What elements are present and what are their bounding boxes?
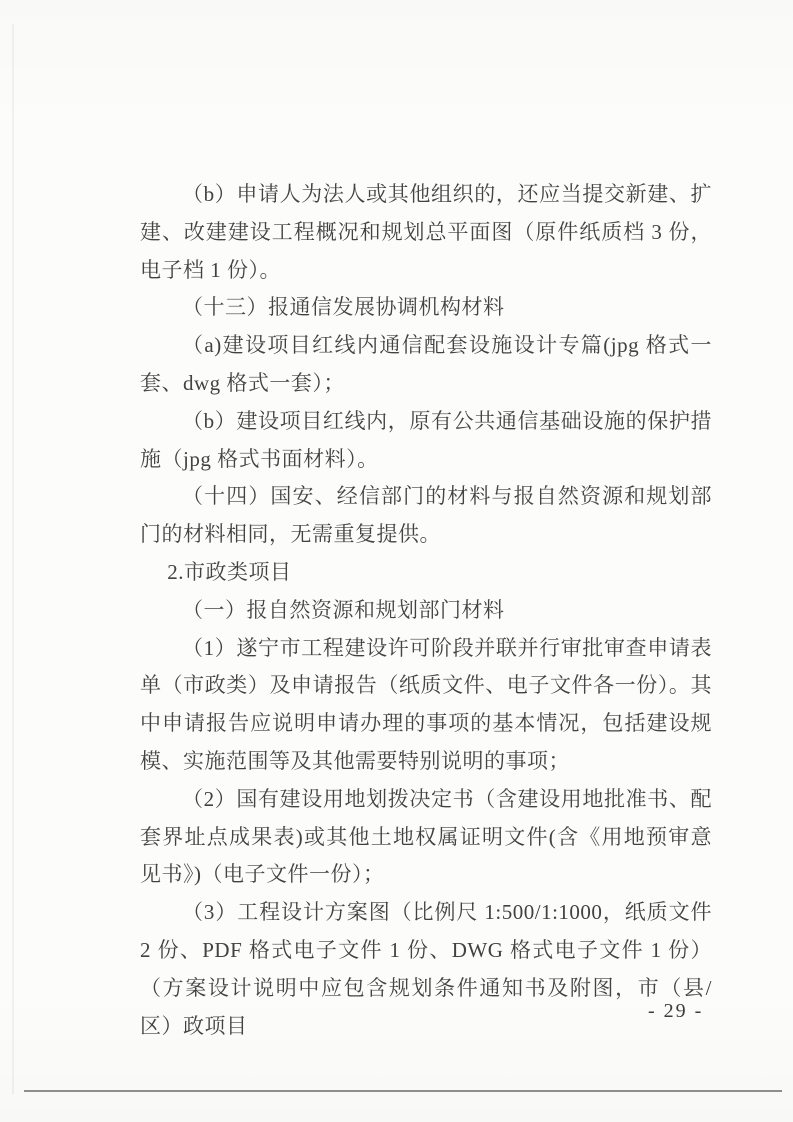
document-paragraph: （一）报自然资源和规划部门材料 (140, 592, 712, 630)
scan-artifact-bottom-line (24, 1090, 782, 1092)
document-paragraph: （十四）国安、经信部门的材料与报自然资源和规划部门的材料相同，无需重复提供。 (140, 478, 712, 554)
document-body: （b）申请人为法人或其他组织的，还应当提交新建、扩建、改建建设工程概况和规划总平… (140, 176, 712, 1045)
document-paragraph: （十三）报通信发展协调机构材料 (140, 289, 712, 327)
document-paragraph: （a)建设项目红线内通信配套设施设计专篇(jpg 格式一套、dwg 格式一套）； (140, 327, 712, 403)
document-paragraph: （b）建设项目红线内，原有公共通信基础设施的保护措施（jpg 格式书面材料）。 (140, 403, 712, 479)
page-number: - 29 - (648, 1000, 703, 1023)
document-paragraph: （b）申请人为法人或其他组织的，还应当提交新建、扩建、改建建设工程概况和规划总平… (140, 176, 712, 289)
document-paragraph: 2.市政类项目 (140, 554, 712, 592)
document-paragraph: （3）工程设计方案图（比例尺 1:500/1:1000，纸质文件 2 份、PDF… (140, 894, 712, 1045)
document-paragraph: （1）遂宁市工程建设许可阶段并联并行审批审查申请表单（市政类）及申请报告（纸质文… (140, 630, 712, 781)
scan-artifact-vertical-line (12, 24, 14, 1094)
document-paragraph: （2）国有建设用地划拨决定书（含建设用地批准书、配套界址点成果表)或其他土地权属… (140, 781, 712, 894)
